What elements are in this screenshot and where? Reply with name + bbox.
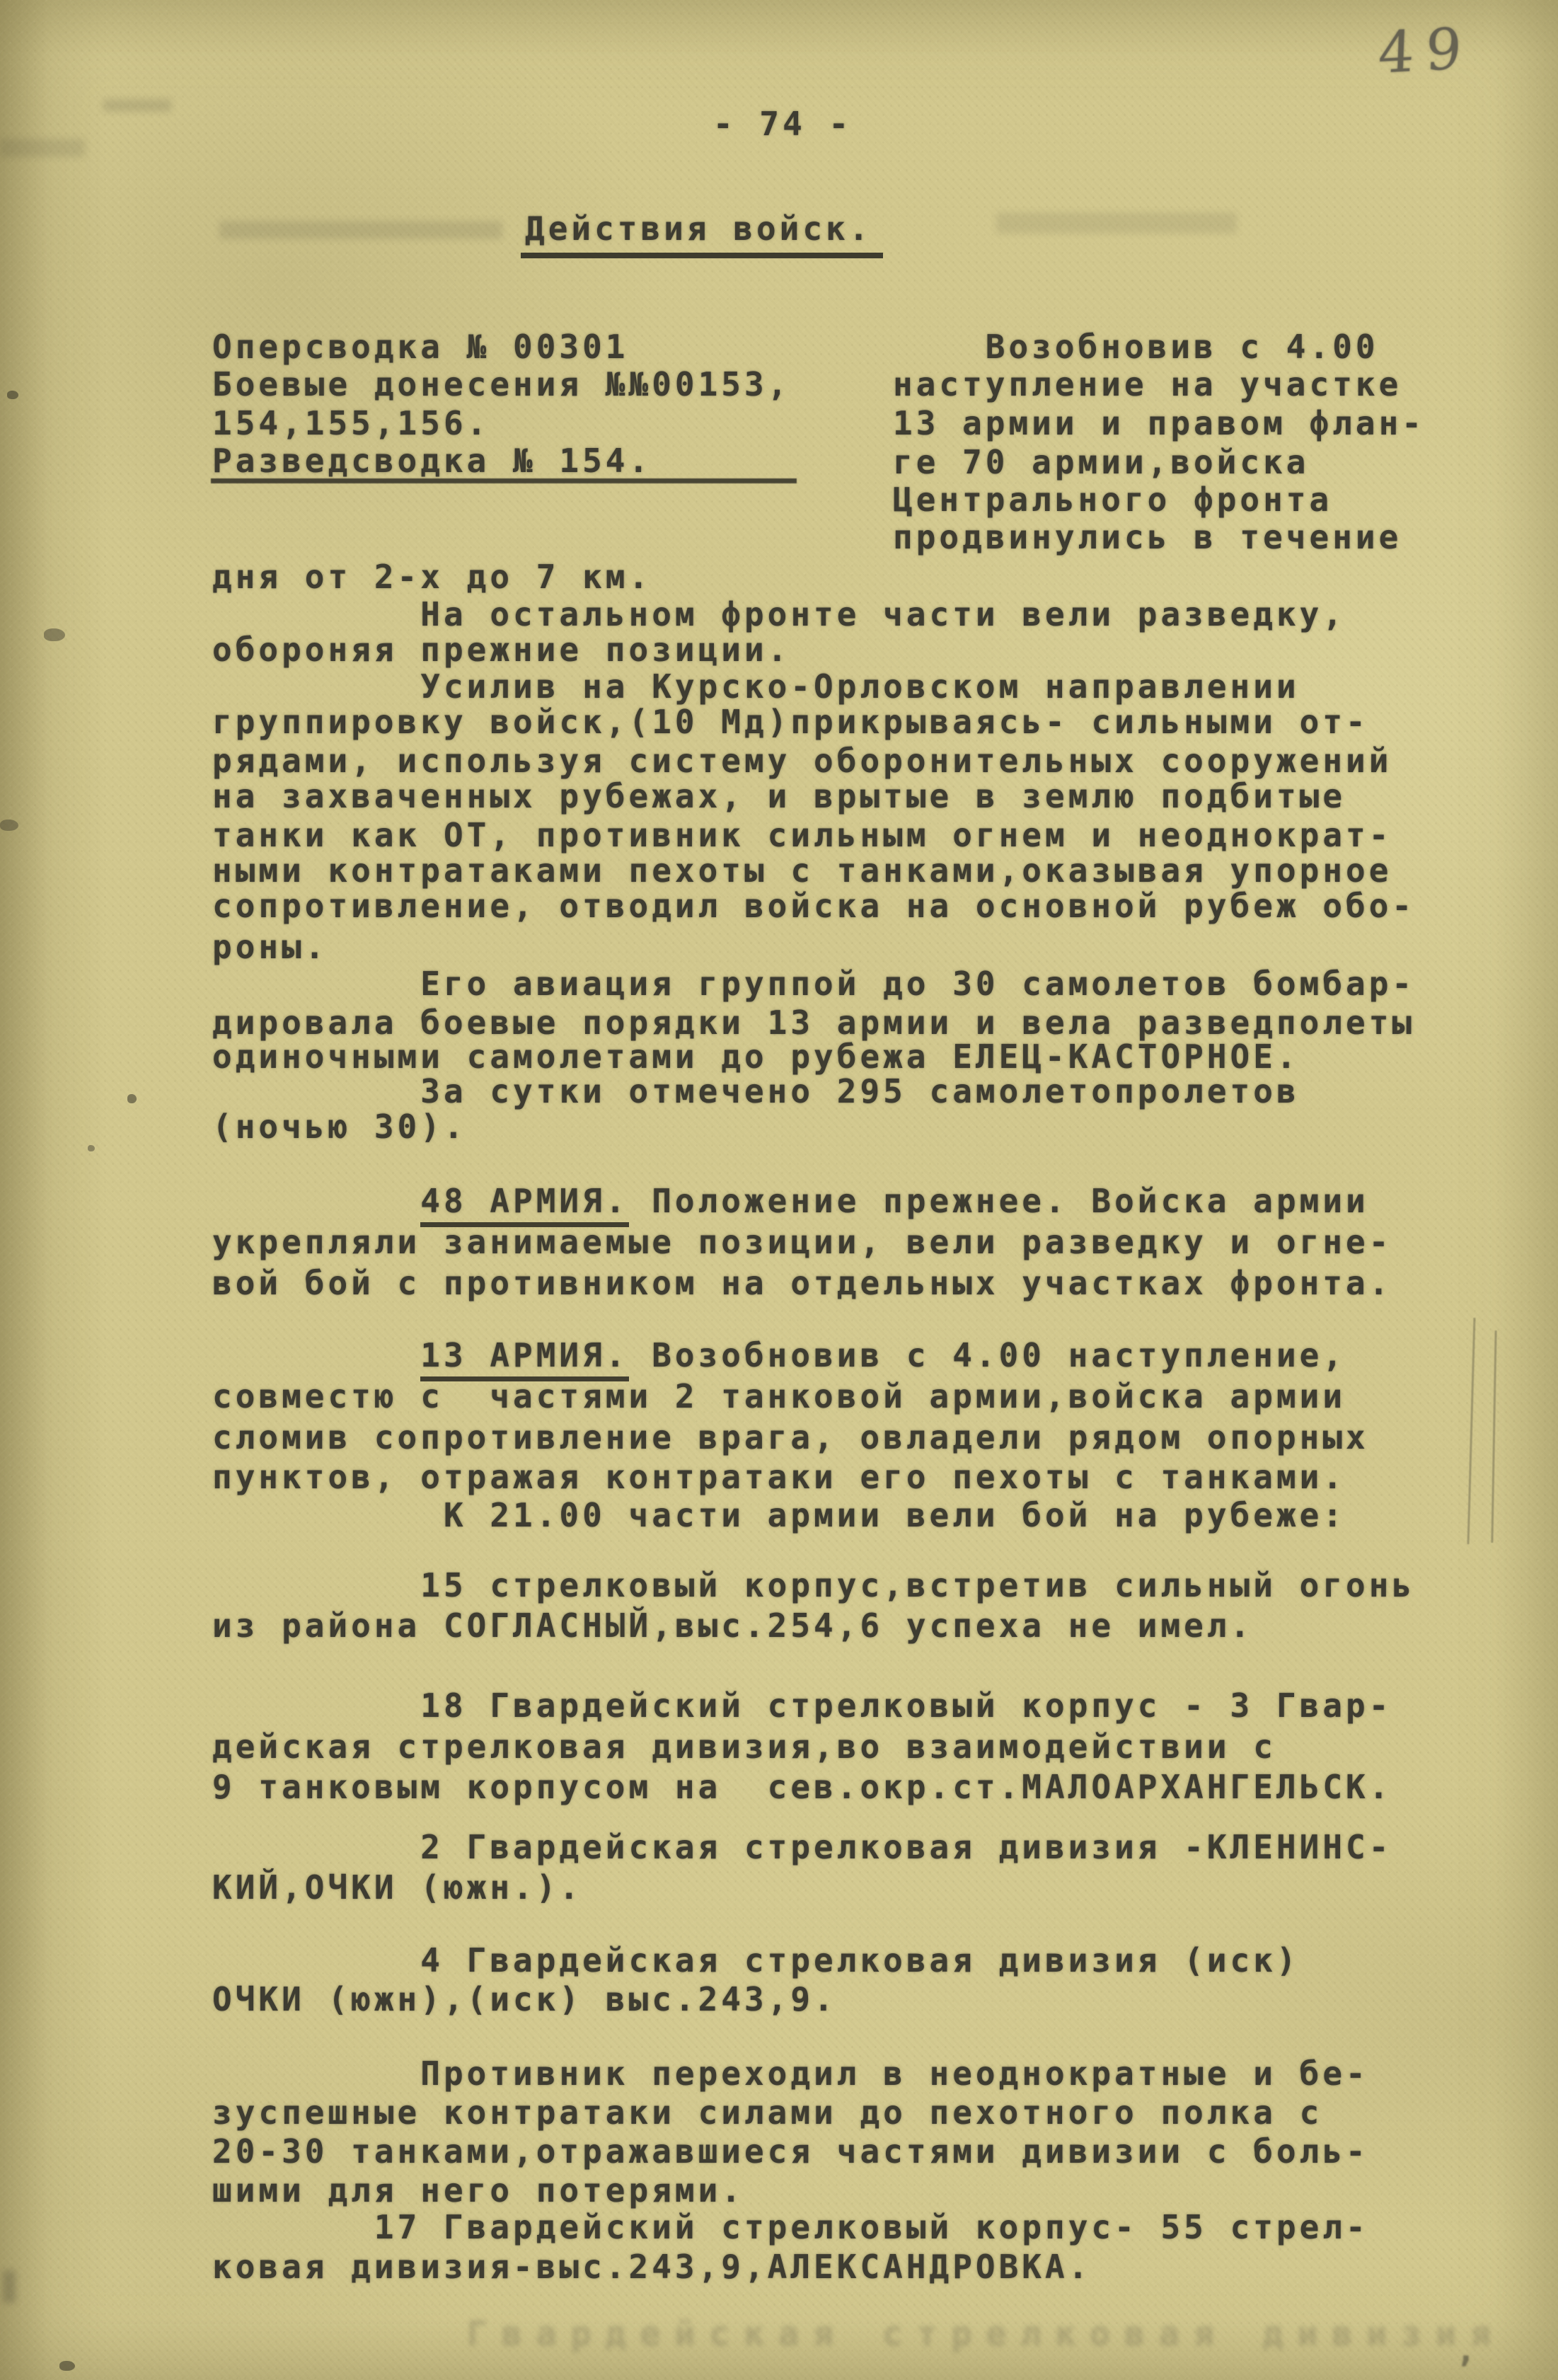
- ink-speck: [7, 391, 18, 399]
- text-line: За сутки отмечено 295 самолетопролетов: [212, 1074, 1300, 1110]
- summary-line: продвинулись в течение: [893, 519, 1402, 556]
- text-line: Противник переходил в неоднократные и бе…: [212, 2056, 1369, 2092]
- text-line: обороняя прежние позиции.: [212, 632, 790, 668]
- ink-smudge: [103, 99, 171, 112]
- text-line: К 21.00 части армии вели бой на рубеже:: [212, 1497, 1346, 1534]
- summary-line: 13 армии и правом флан-: [893, 406, 1425, 442]
- ink-speck: [127, 1094, 137, 1103]
- text-line: укрепляли занимаемые позиции, вели разве…: [212, 1224, 1392, 1260]
- text-line: 18 Гвардейский стрелковый корпус - 3 Гва…: [212, 1688, 1392, 1724]
- pencil-stroke: [1491, 1330, 1496, 1543]
- text-line: ными контратаками пехоты с танками,оказы…: [212, 853, 1392, 889]
- text-line: 20-30 танками,отражавшиеся частями дивиз…: [212, 2134, 1369, 2170]
- text-line: танки как ОТ, противник сильным огнем и …: [212, 817, 1392, 853]
- text-line: шими для него потерями.: [212, 2173, 744, 2209]
- section-heading-line-13-army: 13 АРМИЯ. Возобновив с 4.00 наступление,: [212, 1338, 1346, 1374]
- summary-line: Возобновив с 4.00: [893, 329, 1379, 365]
- stray-ink-mark: ,: [1456, 2333, 1479, 2369]
- text-line: КИЙ,ОЧКИ (южн.).: [212, 1870, 582, 1906]
- text-line: рядами, используя систему оборонительных…: [212, 743, 1392, 779]
- text-line: 9 танковым корпусом на сев.окр.ст.МАЛОАР…: [212, 1769, 1392, 1805]
- pencil-stroke: [1467, 1318, 1476, 1544]
- text-line: роны.: [212, 929, 328, 965]
- section-heading-line-48-army: 48 АРМИЯ. Положение прежнее. Войска арми…: [212, 1183, 1369, 1219]
- text-line: (ночью 30).: [212, 1109, 467, 1145]
- ink-speck: [88, 1145, 95, 1151]
- text-line: 4 Гвардейская стрелковая дивизия (иск): [212, 1943, 1300, 1979]
- document-sheet: 49 - 74 - Действия войск. Оперсводка № 0…: [0, 0, 1558, 2380]
- text-line: сломив сопротивление врага, овладели ряд…: [212, 1420, 1369, 1456]
- text-line: дня от 2-х до 7 км.: [212, 559, 652, 595]
- report-reference-line: Боевые донесения №№00153,: [212, 367, 790, 403]
- text-line: из района СОГЛАСНЫЙ,выс.254,6 успеха не …: [212, 1608, 1253, 1644]
- text-line: 2 Гвардейская стрелковая дивизия -КЛЕНИН…: [212, 1829, 1392, 1866]
- summary-line: наступление на участке: [893, 367, 1402, 403]
- summary-line: ге 70 армии,войска: [893, 444, 1310, 481]
- text-line: группировку войск,(10 Мд)прикрываясь- си…: [212, 704, 1369, 740]
- ghost-impression-line: Гвардейская стрелковая дивизия: [467, 2316, 1505, 2353]
- text-line: На остальном фронте части вели разведку,: [212, 597, 1346, 633]
- report-reference-line: Оперсводка № 00301: [212, 329, 629, 365]
- text-line: ковая дивизия-выс.243,9,АЛЕКСАНДРОВКА.: [212, 2249, 1091, 2285]
- text-line: зуспешные контратаки силами до пехотного…: [212, 2095, 1322, 2131]
- underline-rule: [211, 478, 797, 483]
- text-line: 17 Гвардейский стрелковый корпус- 55 стр…: [212, 2209, 1369, 2246]
- text-line: сопротивление, отводил войска на основно…: [212, 888, 1415, 924]
- ink-speck: [44, 628, 65, 641]
- text-line: 15 стрелковый корпус,встретив сильный ог…: [212, 1568, 1415, 1604]
- ink-speck: [59, 2361, 75, 2371]
- page-number: - 74 -: [713, 106, 852, 142]
- ghost-impression-smudge: [219, 221, 502, 239]
- document-title: Действия войск.: [521, 211, 883, 258]
- ink-speck: [0, 820, 18, 831]
- text-line: Его авиация группой до 30 самолетов бомб…: [212, 966, 1415, 1002]
- summary-line: Центрального фронта: [893, 482, 1332, 518]
- text-line: дировала боевые порядки 13 армии и вела …: [212, 1005, 1415, 1041]
- archive-page-number: 49: [1378, 17, 1475, 84]
- text-line: одиночными самолетами до рубежа ЕЛЕЦ-КАС…: [212, 1039, 1300, 1075]
- text-line: Усилив на Курско-Орловском направлении: [212, 669, 1300, 705]
- text-line: пунктов, отражая контратаки его пехоты с…: [212, 1459, 1346, 1495]
- report-reference-line: Разведсводка № 154.: [212, 443, 652, 479]
- text-line: на захваченных рубежах, и врытые в землю…: [212, 778, 1346, 815]
- ghost-impression-smudge: [996, 212, 1237, 234]
- edge-stain: [3, 2270, 16, 2303]
- text-line: дейская стрелковая дивизия,во взаимодейс…: [212, 1729, 1276, 1765]
- text-line: вой бой с противником на отдельных участ…: [212, 1265, 1392, 1301]
- text-line: ОЧКИ (южн),(иск) выс.243,9.: [212, 1982, 837, 2018]
- text-line: совместю с частями 2 танковой армии,войс…: [212, 1379, 1346, 1415]
- report-reference-line: 154,155,156.: [212, 406, 490, 442]
- ink-smudge: [0, 139, 85, 157]
